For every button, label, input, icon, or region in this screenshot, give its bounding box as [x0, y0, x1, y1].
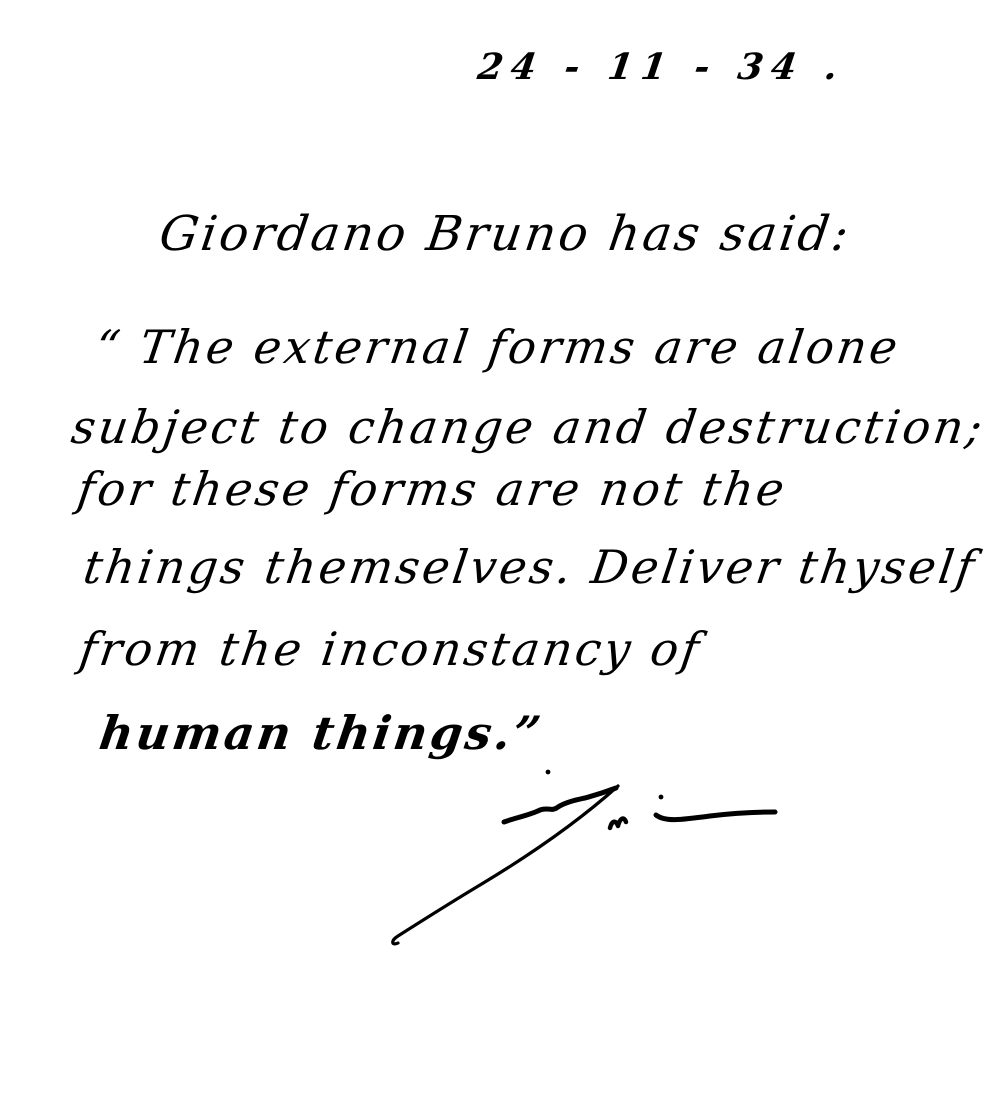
quote-line-6: human things.” [96, 706, 547, 760]
quote-line-3: for these forms are not the [74, 462, 790, 516]
quote-line-5: from the inconstancy of [76, 622, 705, 676]
signature-icon [380, 760, 800, 960]
quote-line-2: subject to change and destruction; [68, 400, 988, 454]
quote-line-1: “ The external forms are alone [92, 320, 904, 374]
quote-line-4: things themselves. Deliver thyself [80, 540, 980, 594]
quote-attribution: Giordano Bruno has said: [156, 206, 855, 262]
handwritten-note-page: 24 - 11 - 34 . Giordano Bruno has said: … [0, 0, 990, 1096]
note-date: 24 - 11 - 34 . [475, 46, 848, 88]
